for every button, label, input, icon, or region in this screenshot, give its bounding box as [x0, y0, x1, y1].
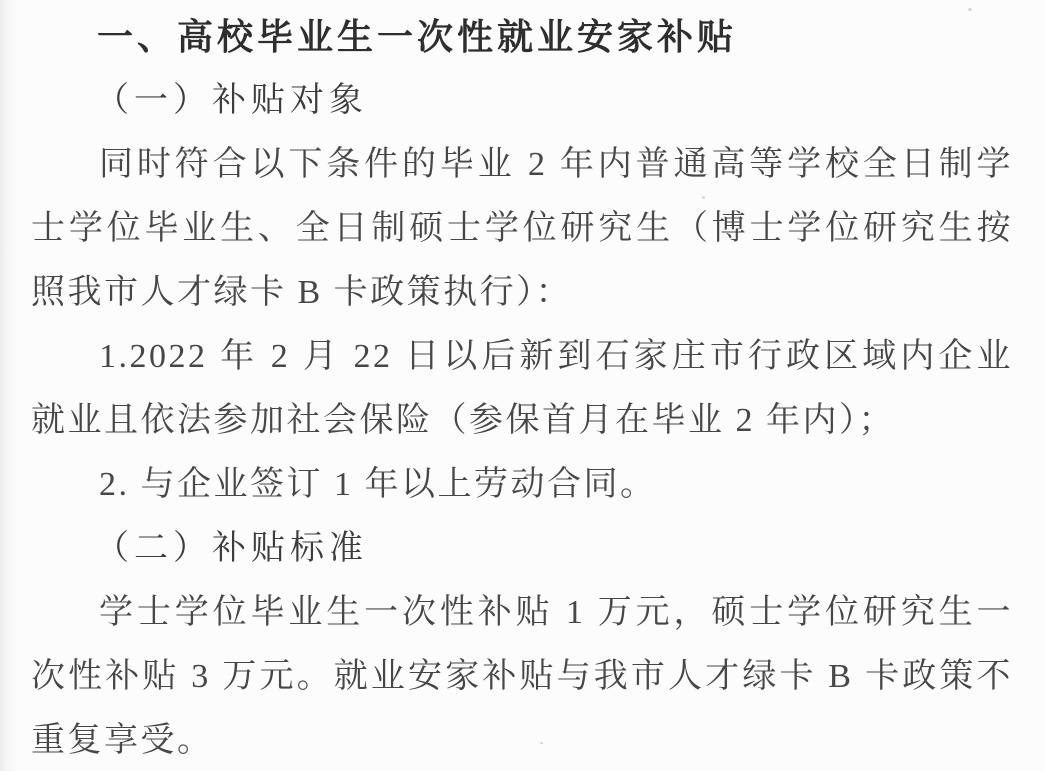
section-1-title: （一）补贴对象 [31, 69, 1013, 133]
section-1-paragraph-condition-1: 1.2022 年 2 月 22 日以后新到石家庄市行政区域内企业就业且依法参加社… [31, 325, 1013, 453]
scanned-document-page: 一、高校毕业生一次性就业安家补贴 （一）补贴对象 同时符合以下条件的毕业 2 年… [0, 0, 1045, 771]
section-2-paragraph-standard: 学士学位毕业生一次性补贴 1 万元，硕士学位研究生一次性补贴 3 万元。就业安家… [31, 581, 1013, 771]
section-2-title: （二）补贴标准 [31, 517, 1013, 581]
document-heading: 一、高校毕业生一次性就业安家补贴 [31, 5, 1013, 69]
section-1-paragraph-condition-2: 2. 与企业签订 1 年以上劳动合同。 [31, 453, 1013, 517]
document-content: 一、高校毕业生一次性就业安家补贴 （一）补贴对象 同时符合以下条件的毕业 2 年… [0, 0, 1045, 771]
section-1-paragraph-eligibility: 同时符合以下条件的毕业 2 年内普通高等学校全日制学士学位毕业生、全日制硕士学位… [31, 133, 1013, 325]
